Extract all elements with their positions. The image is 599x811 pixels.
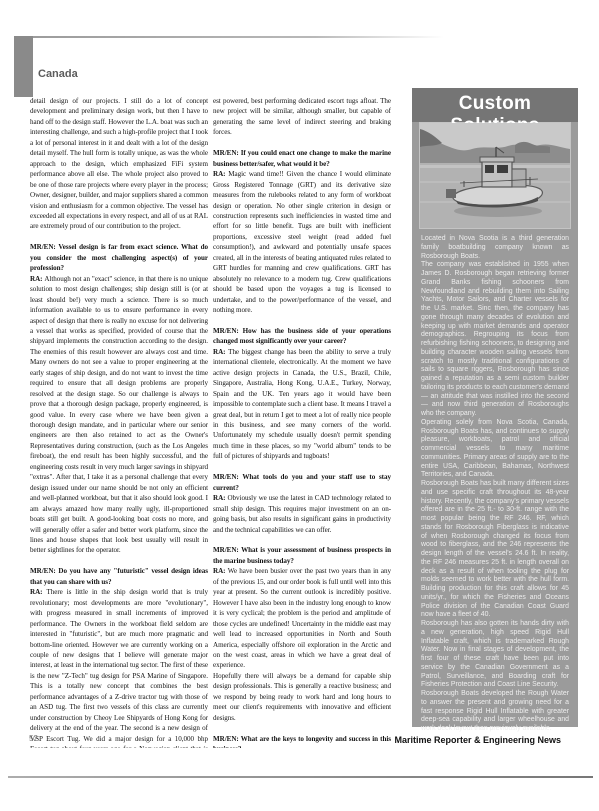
- article-paragraph: est powered, best performing dedicated e…: [213, 96, 391, 138]
- article-paragraph: RA: There is little in the ship design w…: [30, 587, 208, 748]
- article-paragraph: detail design of our projects. I still d…: [30, 96, 208, 232]
- page-number: 52: [29, 734, 38, 743]
- article-paragraph: RA: The biggest change has been the abil…: [213, 347, 391, 462]
- ad-paragraph: Located in Nova Scotia is a third genera…: [421, 235, 569, 261]
- interview-question: MR/EN: Do you have any "futuristic" vess…: [30, 566, 208, 587]
- interview-question: MR/EN: Vessel design is far from exact s…: [30, 242, 208, 273]
- boat-photo: [419, 122, 571, 229]
- article-paragraph: RA: Although not an "exact" science, in …: [30, 274, 208, 556]
- publication-title: Maritime Reporter & Engineering News: [394, 735, 561, 745]
- ad-paragraph: Rosborough Boats developed the Rough Wat…: [421, 690, 569, 734]
- article-column-2: est powered, best performing dedicated e…: [213, 96, 391, 748]
- article-paragraph: RA: We have been busier over the past tw…: [213, 566, 391, 671]
- article-paragraph: Hopefully there will always be a demand …: [213, 671, 391, 723]
- section-marker-bar: [14, 36, 33, 97]
- article-column-1: detail design of our projects. I still d…: [30, 96, 208, 748]
- article-paragraph: RA: Obviously we use the latest in CAD t…: [213, 493, 391, 535]
- ad-paragraph: The company was established in 1955 when…: [421, 261, 569, 419]
- header-rule: [14, 36, 444, 38]
- magazine-page: Canada detail design of our projects. I …: [0, 0, 599, 811]
- bottom-rule: [8, 776, 593, 778]
- article-paragraph: RA: Magic wand time!! Given the chance I…: [213, 169, 391, 315]
- interview-question: MR/EN: What tools do you and your staff …: [213, 472, 391, 493]
- ad-body-text: Located in Nova Scotia is a third genera…: [412, 229, 578, 734]
- ad-paragraph: Operating solely from Nova Scotia, Canad…: [421, 419, 569, 480]
- interview-question: MR/EN: What is your assessment of busine…: [213, 545, 391, 566]
- section-label: Canada: [38, 68, 78, 80]
- custom-solutions-ad: Custom Solutions: [412, 88, 578, 727]
- interview-question: MR/EN: What are the keys to longevity an…: [213, 734, 391, 748]
- interview-question: MR/EN: If you could enact one change to …: [213, 148, 391, 169]
- ad-paragraph: Rosborough Boats has built many differen…: [421, 480, 569, 620]
- interview-question: MR/EN: How has the business side of your…: [213, 326, 391, 347]
- ad-title: Custom Solutions: [412, 88, 578, 122]
- ad-paragraph: Rosborough has also gotten its hands dir…: [421, 620, 569, 690]
